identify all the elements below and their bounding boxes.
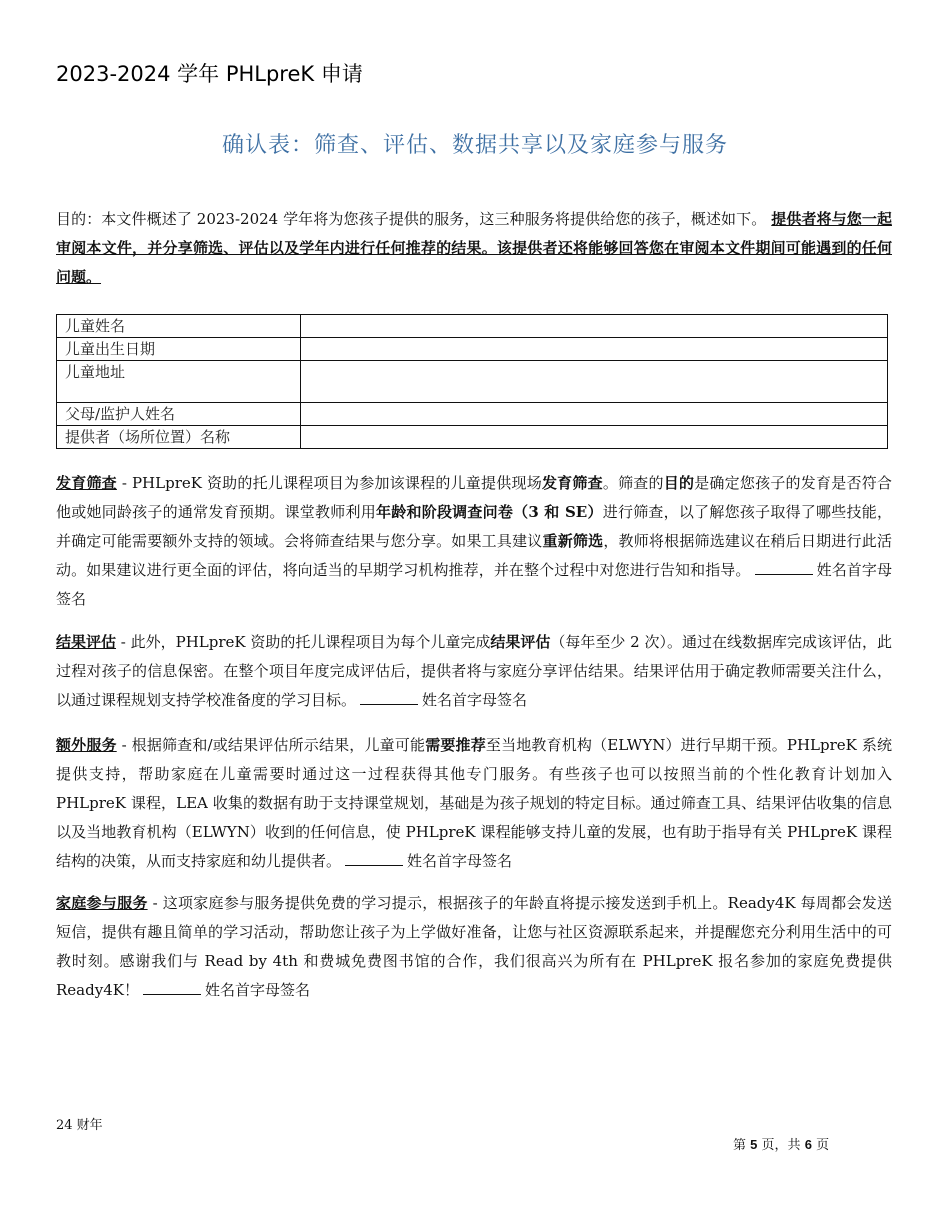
initials-label: 姓名首字母签名 bbox=[205, 981, 310, 999]
bold-text: 结果评估 bbox=[490, 633, 550, 651]
purpose-paragraph: 目的：本文件概述了 2023-2024 学年将为您孩子提供的服务，这三种服务将提… bbox=[56, 205, 892, 292]
footer-fiscal-year: 24 财年 bbox=[56, 1114, 103, 1133]
provider-name-field[interactable] bbox=[301, 426, 888, 449]
purpose-intro: 目的：本文件概述了 2023-2024 学年将为您孩子提供的服务，这三种服务将提… bbox=[56, 210, 766, 228]
initials-label: 姓名首字母签名 bbox=[407, 852, 512, 870]
section-heading: 发育筛查 bbox=[56, 474, 117, 492]
section-additional-services: 额外服务 - 根据筛查和/或结果评估所示结果，儿童可能需要推荐至当地教育机构（E… bbox=[56, 731, 892, 876]
bold-text: 发育筛查 bbox=[542, 474, 603, 492]
section-text: 。筛查的 bbox=[603, 474, 664, 492]
initials-blank[interactable] bbox=[143, 980, 201, 995]
table-row: 儿童地址 bbox=[57, 361, 888, 403]
section-text: - 此外，PHLpreK 资助的托儿课程项目为每个儿童完成 bbox=[116, 633, 490, 651]
page-total: 6 bbox=[805, 1137, 812, 1152]
page-current: 5 bbox=[750, 1137, 757, 1152]
bold-text: 重新筛选 bbox=[543, 532, 604, 550]
child-dob-label: 儿童出生日期 bbox=[57, 338, 301, 361]
section-outcome-assessment: 结果评估 - 此外，PHLpreK 资助的托儿课程项目为每个儿童完成结果评估（每… bbox=[56, 628, 892, 715]
section-heading: 额外服务 bbox=[56, 736, 117, 754]
child-address-field[interactable] bbox=[301, 361, 888, 403]
bold-text: 目的 bbox=[664, 474, 694, 492]
page-middle: 页，共 bbox=[762, 1138, 801, 1153]
page-suffix: 页 bbox=[816, 1138, 829, 1153]
initials-label: 姓名首字母签名 bbox=[422, 691, 527, 709]
child-name-field[interactable] bbox=[301, 315, 888, 338]
section-heading: 家庭参与服务 bbox=[56, 894, 148, 912]
initials-blank[interactable] bbox=[345, 851, 403, 866]
provider-name-label: 提供者（场所位置）名称 bbox=[57, 426, 301, 449]
page-prefix: 第 bbox=[733, 1138, 746, 1153]
child-address-label: 儿童地址 bbox=[57, 361, 301, 403]
guardian-name-label: 父母/监护人姓名 bbox=[57, 403, 301, 426]
bold-text: 年龄和阶段调查问卷（3 和 SE） bbox=[376, 503, 603, 521]
child-dob-field[interactable] bbox=[301, 338, 888, 361]
table-row: 父母/监护人姓名 bbox=[57, 403, 888, 426]
child-info-table: 儿童姓名 儿童出生日期 儿童地址 父母/监护人姓名 提供者（场所位置）名称 bbox=[56, 314, 888, 449]
application-header-title: 2023-2024 学年 PHLpreK 申请 bbox=[56, 58, 363, 88]
bold-text: 需要推荐 bbox=[425, 736, 486, 754]
table-row: 儿童出生日期 bbox=[57, 338, 888, 361]
table-row: 儿童姓名 bbox=[57, 315, 888, 338]
section-family-engagement: 家庭参与服务 - 这项家庭参与服务提供免费的学习提示，根据孩子的年龄直将提示接发… bbox=[56, 889, 892, 1005]
section-developmental-screening: 发育筛查 - PHLpreK 资助的托儿课程项目为参加该课程的儿童提供现场发育筛… bbox=[56, 469, 892, 614]
section-text: 至当地教育机构（ELWYN）进行早期干预。PHLpreK 系统提供支持，帮助家庭… bbox=[56, 736, 892, 870]
section-heading: 结果评估 bbox=[56, 633, 116, 651]
document-title: 确认表：筛查、评估、数据共享以及家庭参与服务 bbox=[0, 128, 950, 159]
section-text: - 根据筛查和/或结果评估所示结果，儿童可能 bbox=[117, 736, 425, 754]
table-row: 提供者（场所位置）名称 bbox=[57, 426, 888, 449]
section-text: - PHLpreK 资助的托儿课程项目为参加该课程的儿童提供现场 bbox=[117, 474, 542, 492]
guardian-name-field[interactable] bbox=[301, 403, 888, 426]
child-name-label: 儿童姓名 bbox=[57, 315, 301, 338]
page-number: 第 5 页，共 6 页 bbox=[733, 1134, 829, 1153]
initials-blank[interactable] bbox=[755, 560, 813, 575]
initials-blank[interactable] bbox=[360, 690, 418, 705]
